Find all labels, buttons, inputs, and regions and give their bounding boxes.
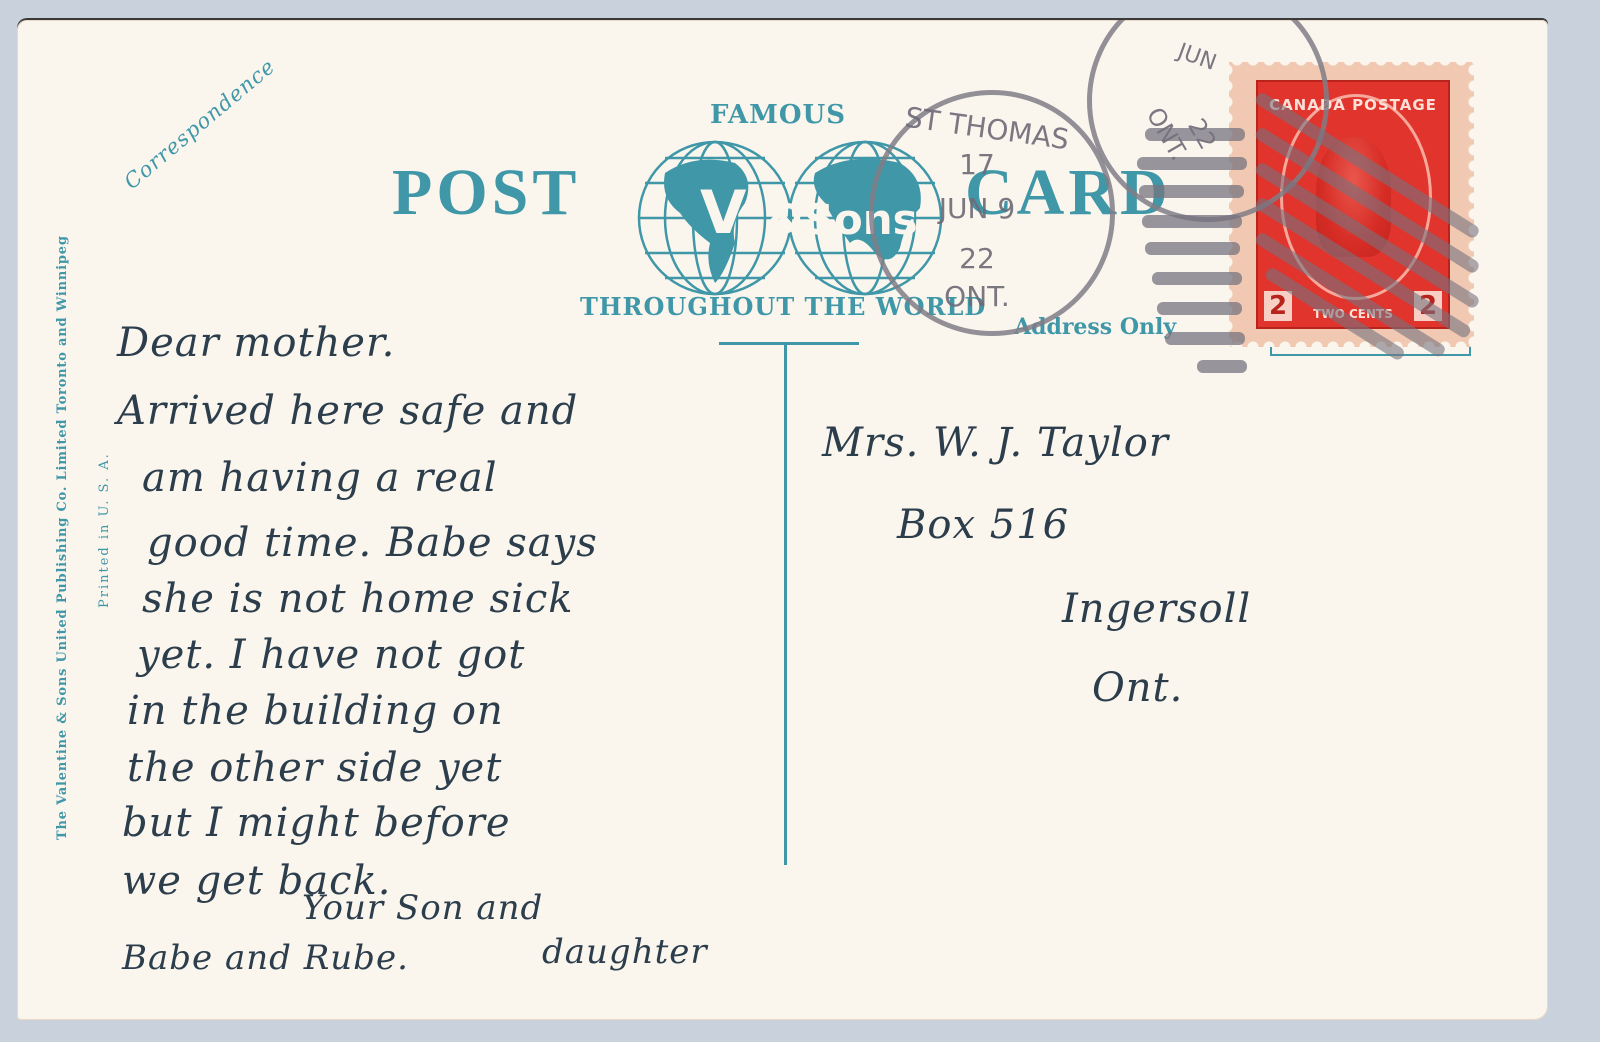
logo-v-letter: V.	[700, 178, 762, 248]
divider-vertical	[784, 342, 787, 865]
printed-in-usa: Printed in U. S. A.	[97, 410, 112, 650]
message-line: in the building on	[127, 688, 504, 734]
message-line: she is not home sick	[142, 576, 573, 622]
message-line: yet. I have not got	[137, 632, 525, 678]
postcard-back: The Valentine & Sons United Publishing C…	[17, 20, 1548, 1020]
message-line: good time. Babe says	[147, 520, 598, 566]
postmark-province: ONT.	[912, 280, 1042, 313]
address-town: Ingersoll	[1062, 586, 1251, 632]
address-name: Mrs. W. J. Taylor	[822, 420, 1169, 466]
address-box: Box 516	[897, 502, 1069, 548]
message-line: am having a real	[142, 455, 498, 501]
postmark-date: JUN 9	[927, 192, 1027, 225]
postmark-hour: 17	[952, 148, 1002, 181]
publisher-imprint: The Valentine & Sons United Publishing C…	[55, 150, 70, 925]
message-line: Dear mother.	[117, 320, 395, 366]
message-closing: Your Son and	[302, 888, 543, 928]
message-signature: Babe and Rube.	[122, 938, 409, 978]
divider-top-bar	[719, 342, 859, 345]
message-line: the other side yet	[127, 745, 502, 791]
famous-label: FAMOUS	[710, 100, 846, 130]
postmark-year: 22	[937, 242, 1017, 275]
address-province: Ont.	[1092, 665, 1183, 711]
stamp-denomination-left: 2	[1264, 291, 1292, 321]
message-line: but I might before	[122, 800, 511, 846]
message-signature-extra: daughter	[542, 932, 708, 972]
correspondence-label: Correspondence	[120, 54, 280, 194]
post-heading: POST	[392, 155, 580, 231]
message-line: Arrived here safe and	[117, 388, 578, 434]
